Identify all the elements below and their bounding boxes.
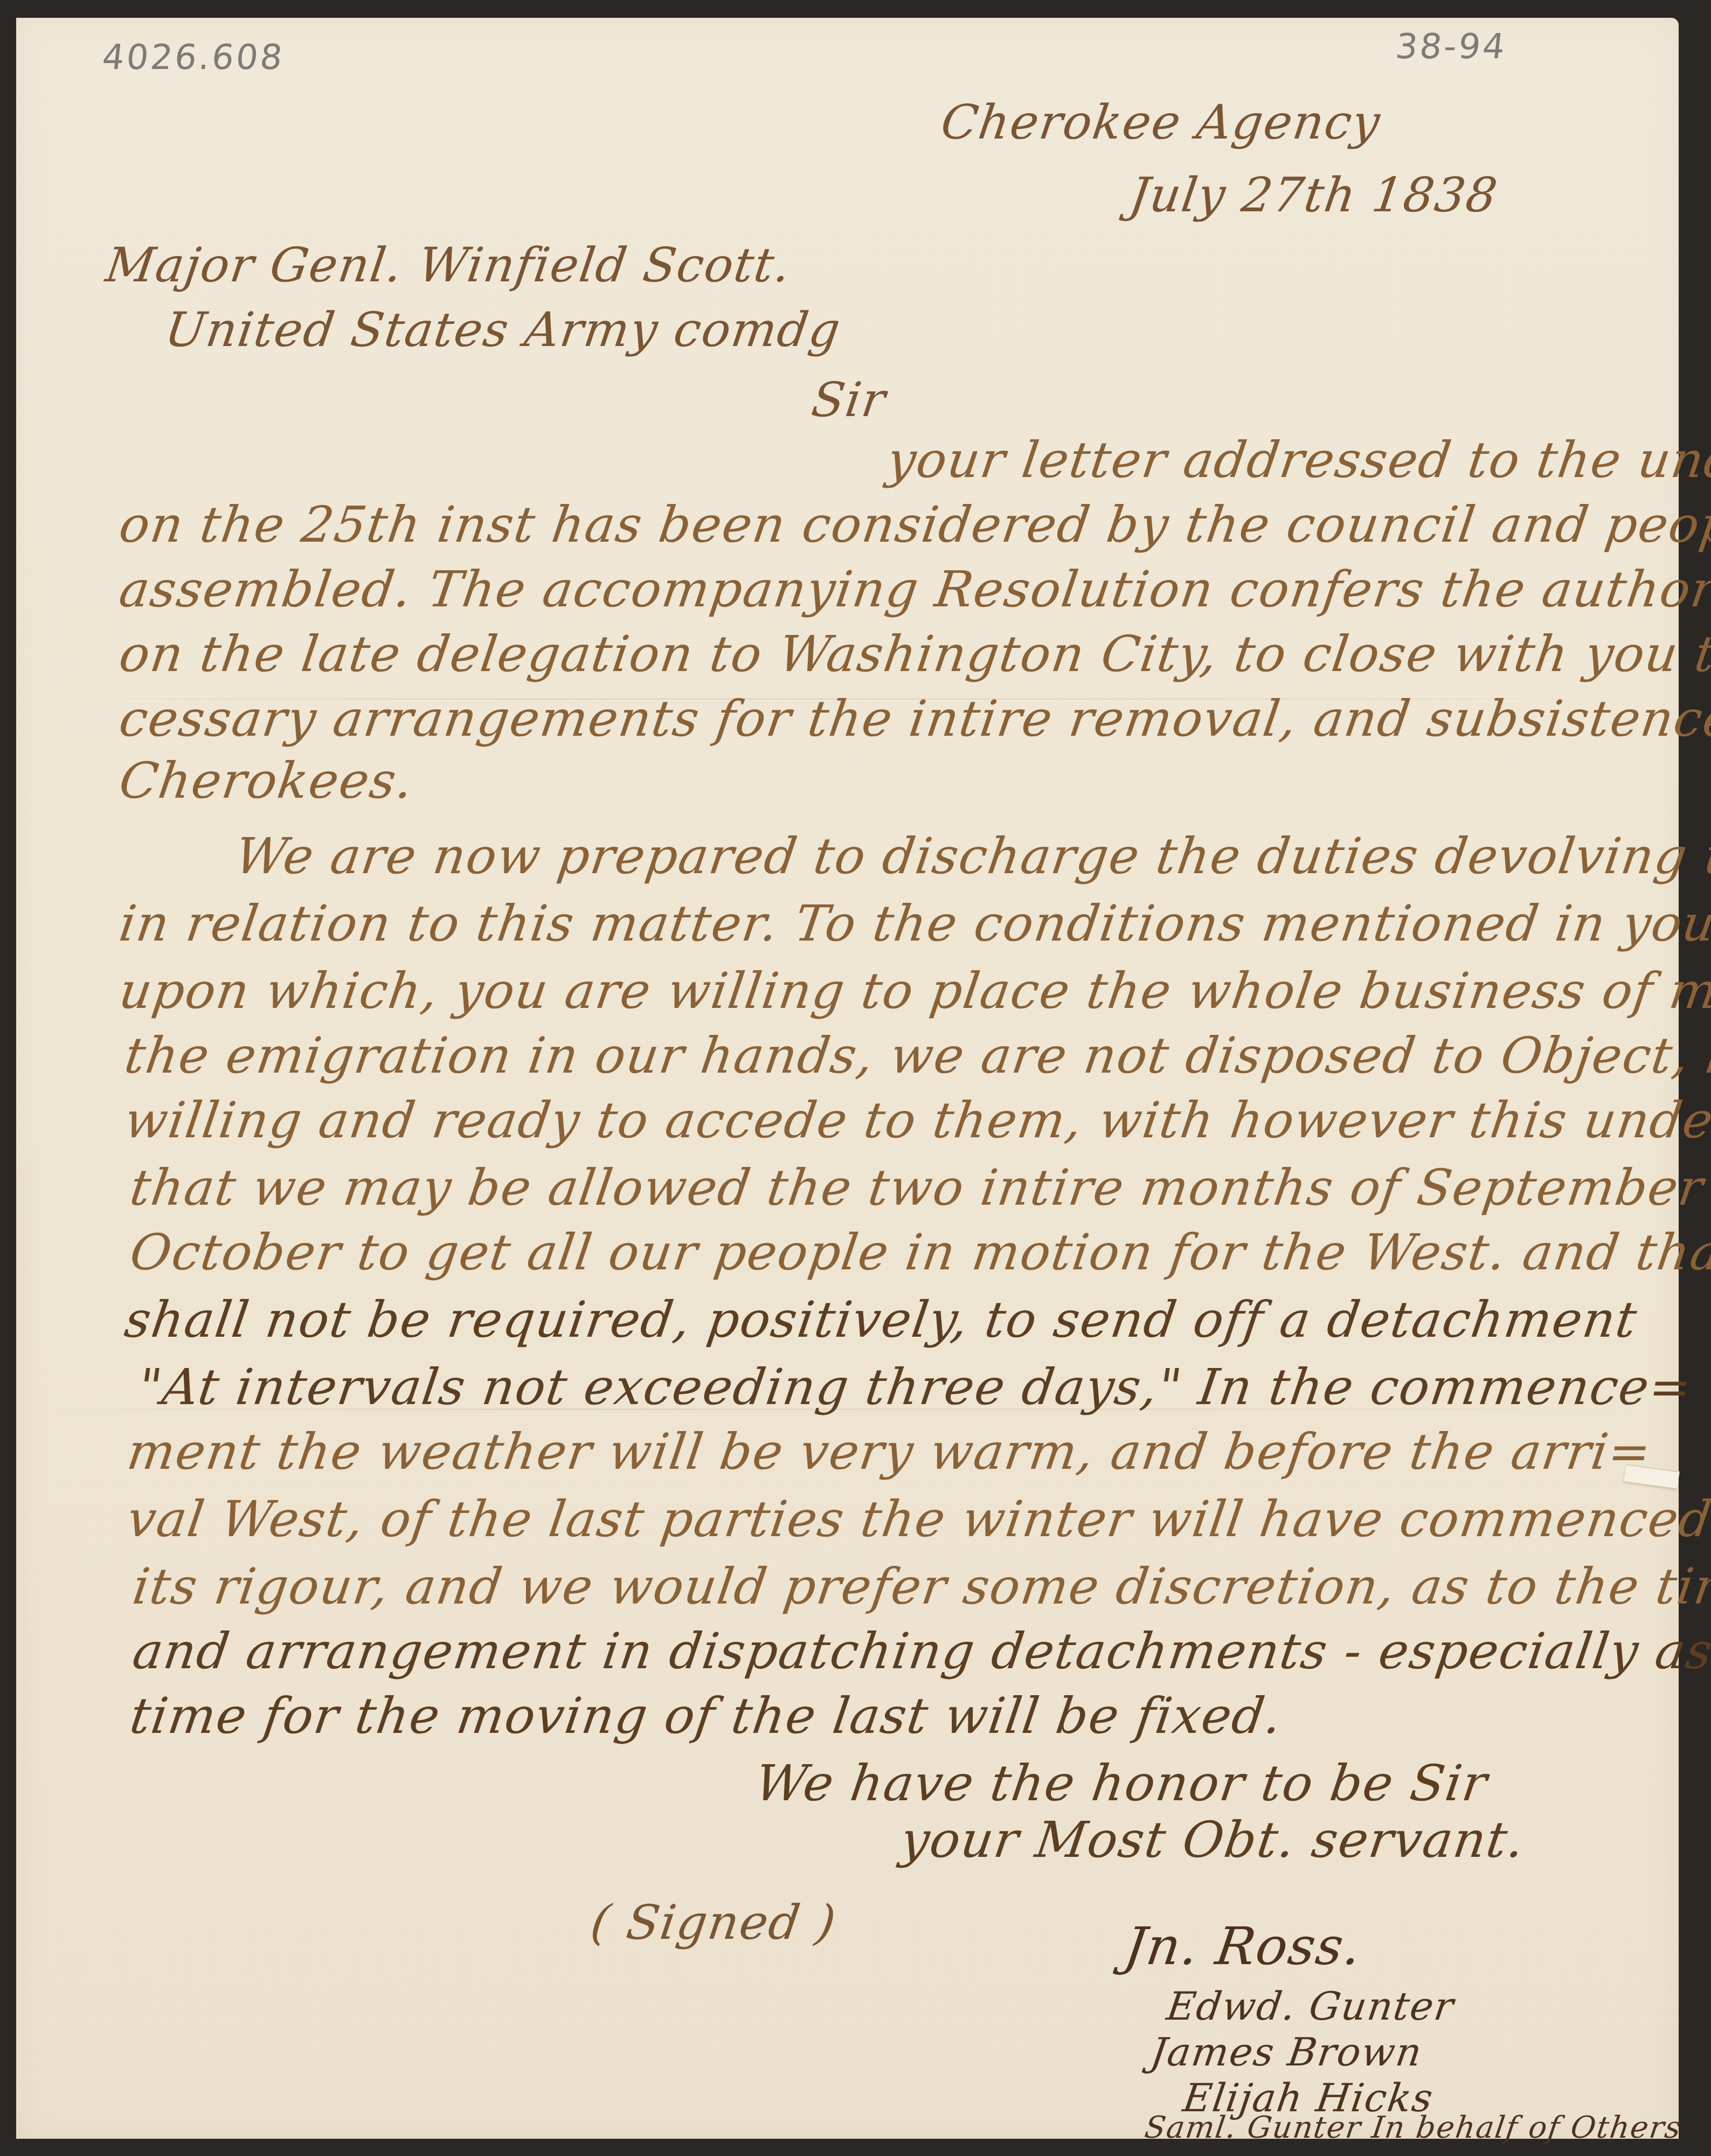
body-line: assembled. The accompanying Resolution c… bbox=[116, 561, 1711, 618]
addressee-name: Major Genl. Winfield Scott. bbox=[102, 237, 795, 293]
salutation: Sir bbox=[808, 372, 890, 427]
body-line: ment the weather will be very warm, and … bbox=[124, 1423, 1655, 1481]
body-line: time for the moving of the last will be … bbox=[127, 1687, 1286, 1745]
signature-john-ross: Jn. Ross. bbox=[1121, 1916, 1366, 1977]
dateline-place: Cherokee Agency bbox=[938, 94, 1384, 150]
body-line: October to get all our people in motion … bbox=[127, 1224, 1711, 1281]
body-line: on the 25th inst has been considered by … bbox=[116, 496, 1711, 554]
addressee-title: United States Army comdg bbox=[162, 302, 844, 357]
body-line: shall not be required, positively, to se… bbox=[121, 1291, 1641, 1349]
closing-line: We have the honor to be Sir bbox=[752, 1754, 1492, 1812]
body-line: "At intervals not exceeding three days,"… bbox=[135, 1358, 1696, 1416]
body-line: upon which, you are willing to place the… bbox=[116, 962, 1711, 1020]
body-line: val West, of the last parties the winter… bbox=[124, 1490, 1711, 1548]
signature-james-brown: James Brown bbox=[1148, 2029, 1425, 2075]
body-line: We are now prepared to discharge the dut… bbox=[232, 827, 1711, 885]
body-line: your letter addressed to the undersigned bbox=[884, 431, 1711, 489]
body-line: willing and ready to accede to them, wit… bbox=[121, 1091, 1711, 1149]
body-line: Cherokees. bbox=[116, 752, 418, 810]
body-line: cessary arrangements for the intire remo… bbox=[116, 690, 1711, 748]
signature-samuel-gunter: Saml. Gunter In behalf of Others bbox=[1142, 2110, 1684, 2145]
dateline-date: July 27th 1838 bbox=[1126, 167, 1501, 223]
body-line: on the late delegation to Washington Cit… bbox=[116, 625, 1711, 683]
signature-edward-gunter: Edwd. Gunter bbox=[1164, 1984, 1457, 2029]
catalog-number: 4026.608 bbox=[100, 38, 286, 78]
body-line: in relation to this matter. To the condi… bbox=[116, 895, 1711, 952]
body-line: that we may be allowed the two intire mo… bbox=[127, 1159, 1711, 1217]
closing-line: your Most Obt. servant. bbox=[897, 1811, 1529, 1869]
body-line: and arrangement in dispatching detachmen… bbox=[129, 1622, 1711, 1680]
reference-number: 38-94 bbox=[1394, 27, 1509, 67]
body-line: the emigration in our hands, we are not … bbox=[121, 1027, 1711, 1084]
body-line: its rigour, and we would prefer some dis… bbox=[129, 1558, 1711, 1615]
signed-note: ( Signed ) bbox=[587, 1895, 840, 1950]
